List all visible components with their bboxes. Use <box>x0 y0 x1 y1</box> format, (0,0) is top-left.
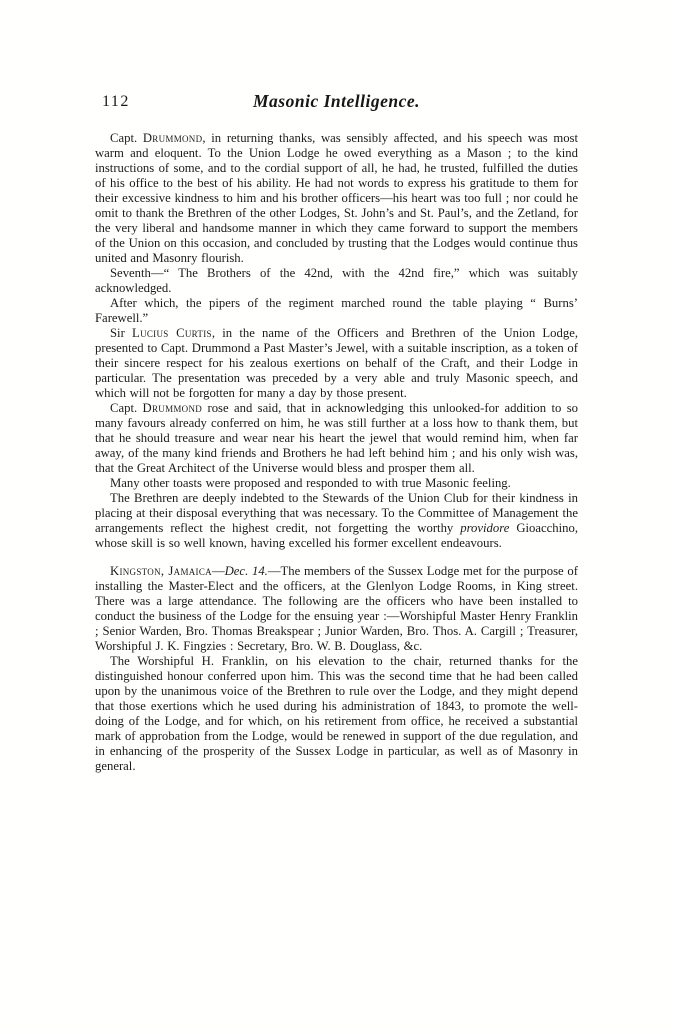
text-segment: Seventh—“ The Brothers of the 42nd, with… <box>95 266 578 295</box>
paragraph: Capt. Drummond, in returning thanks, was… <box>95 131 578 266</box>
text-segment: Kingston, Jamaica <box>110 564 212 578</box>
document-page: 112 Masonic Intelligence. Capt. Drummond… <box>0 0 673 1032</box>
text-segment: The Worshipful H. Franklin, on his eleva… <box>95 654 578 773</box>
text-segment: , in returning thanks, was sensibly affe… <box>95 131 578 265</box>
page-number: 112 <box>102 93 130 111</box>
paragraph: Sir Lucius Curtis, in the name of the Of… <box>95 326 578 401</box>
paragraph: Seventh—“ The Brothers of the 42nd, with… <box>95 266 578 296</box>
text-segment: Drummond <box>143 401 203 415</box>
paragraph: The Worshipful H. Franklin, on his eleva… <box>95 654 578 774</box>
paragraph: Many other toasts were proposed and resp… <box>95 476 578 491</box>
text-segment: Capt. <box>110 401 143 415</box>
text-segment: Sir <box>110 326 132 340</box>
text-segment: Lucius Curtis <box>132 326 212 340</box>
text-segment: After which, the pipers of the regiment … <box>95 296 578 325</box>
page-header: 112 Masonic Intelligence. <box>95 91 578 115</box>
paragraph: Capt. Drummond rose and said, that in ac… <box>95 401 578 476</box>
text-segment: Many other toasts were proposed and resp… <box>110 476 511 490</box>
text-segment: Capt. <box>110 131 143 145</box>
text-segment: Drummond <box>143 131 203 145</box>
text-segment: — <box>212 564 225 578</box>
body-text: Capt. Drummond, in returning thanks, was… <box>95 131 578 774</box>
text-segment: providore <box>460 521 509 535</box>
paragraph: Kingston, Jamaica—Dec. 14.—The members o… <box>95 564 578 654</box>
text-segment: Dec. 14. <box>225 564 268 578</box>
paragraph: The Brethren are deeply indebted to the … <box>95 491 578 551</box>
running-title: Masonic Intelligence. <box>95 91 578 112</box>
paragraph: After which, the pipers of the regiment … <box>95 296 578 326</box>
